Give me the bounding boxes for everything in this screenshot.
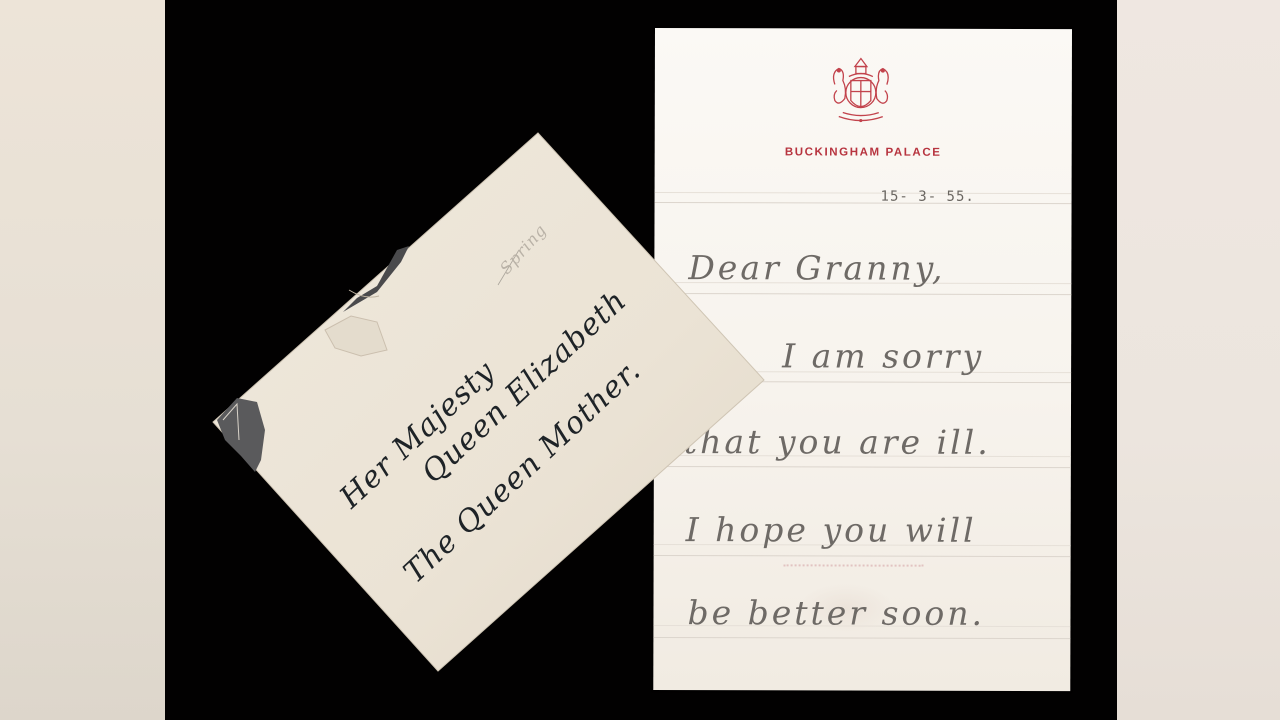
photo-stage: BUCKINGHAM PALACE 15- 3- 55. Dear Granny…: [165, 0, 1117, 720]
letter-line-3: that you are ill.: [684, 422, 991, 462]
royal-coat-of-arms-icon: [825, 54, 897, 128]
envelope-address-line-2: Queen Elizabeth: [415, 283, 634, 490]
ruled-line: [654, 555, 1071, 557]
letter-line-1: Dear Granny,: [688, 248, 945, 288]
faint-red-stamp: [784, 564, 924, 566]
ruled-line: [654, 381, 1071, 383]
torn-corner: [217, 398, 265, 472]
letter-line-5: be better soon.: [687, 593, 985, 633]
ruled-line: [654, 293, 1071, 295]
envelope-pencil-note: Spring: [496, 220, 551, 278]
letter-date: 15- 3- 55.: [881, 189, 975, 205]
ruled-line: [655, 202, 1072, 204]
right-background-panel: [1117, 0, 1280, 720]
letter-line-4: I hope you will: [686, 510, 977, 550]
ruled-line: [654, 466, 1071, 468]
left-background-panel: [0, 0, 165, 720]
envelope-address-line-1: Her Majesty: [333, 354, 502, 515]
letter-sheet: BUCKINGHAM PALACE 15- 3- 55. Dear Granny…: [653, 28, 1072, 691]
envelope-address-line-3: The Queen Mother.: [397, 353, 648, 590]
ruled-line: [653, 637, 1070, 639]
letterhead-title: BUCKINGHAM PALACE: [655, 146, 1072, 159]
letter-line-2: I am sorry: [782, 336, 984, 376]
ruled-line: [655, 192, 1072, 194]
torn-flap: [343, 246, 409, 312]
